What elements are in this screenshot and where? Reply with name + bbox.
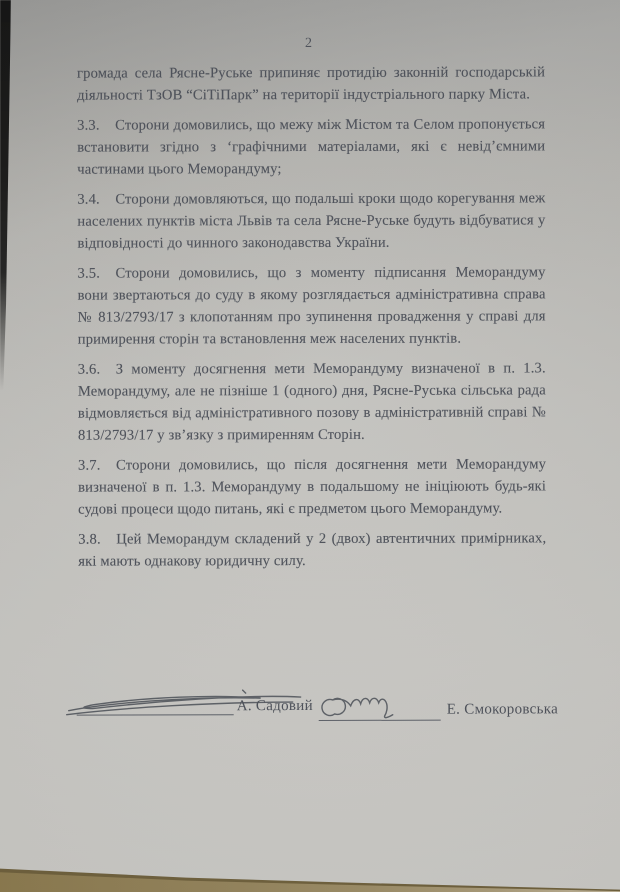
signature-block: А. Садовий Е. Смокоровська (79, 681, 579, 752)
signature-line (77, 682, 234, 715)
document-page: 2 громада села Рясне-Руське припиняє про… (0, 0, 620, 892)
clause-text: Сторони домовляються, що подальші кроки … (77, 190, 545, 251)
clause-text: Сторони домовились, що з моменту підписа… (78, 264, 546, 347)
clause-number: 3.4. (77, 189, 115, 211)
page-number: 2 (0, 35, 619, 53)
clause-3-5: 3.5.Сторони домовились, що з моменту під… (78, 261, 546, 350)
signer-name: Е. Смокоровська (447, 701, 558, 718)
clause-text: Сторони домовились, що після досягнення … (78, 456, 546, 517)
clause-number: 3.8. (78, 529, 116, 551)
clause-3-6: 3.6.З моменту досягнення мети Меморандум… (78, 357, 546, 446)
clause-number: 3.5. (78, 263, 116, 285)
clause-text: Сторони домовились, що межу між Містом т… (77, 116, 545, 177)
signature-line (319, 682, 441, 721)
clause-3-3: 3.3.Сторони домовились, що межу між Міст… (77, 113, 545, 180)
clause-3-8: 3.8.Цей Меморандум складений у 2 (двох) … (78, 527, 546, 572)
clause-text: Цей Меморандум складений у 2 (двох) авте… (78, 530, 546, 569)
document-body: громада села Рясне-Руське припиняє проти… (77, 61, 546, 572)
clause-3-4: 3.4.Сторони домовляються, що подальші кр… (77, 187, 545, 254)
clause-3-7: 3.7.Сторони домовились, що після досягне… (78, 453, 546, 520)
clause-text: З моменту досягнення мети Меморандуму ви… (78, 360, 546, 443)
intro-paragraph: громада села Рясне-Руське припиняє проти… (77, 61, 545, 106)
clause-number: 3.7. (78, 455, 116, 477)
clause-number: 3.3. (77, 115, 115, 137)
clause-number: 3.6. (78, 359, 116, 381)
signer-name: А. Садовий (237, 698, 313, 715)
